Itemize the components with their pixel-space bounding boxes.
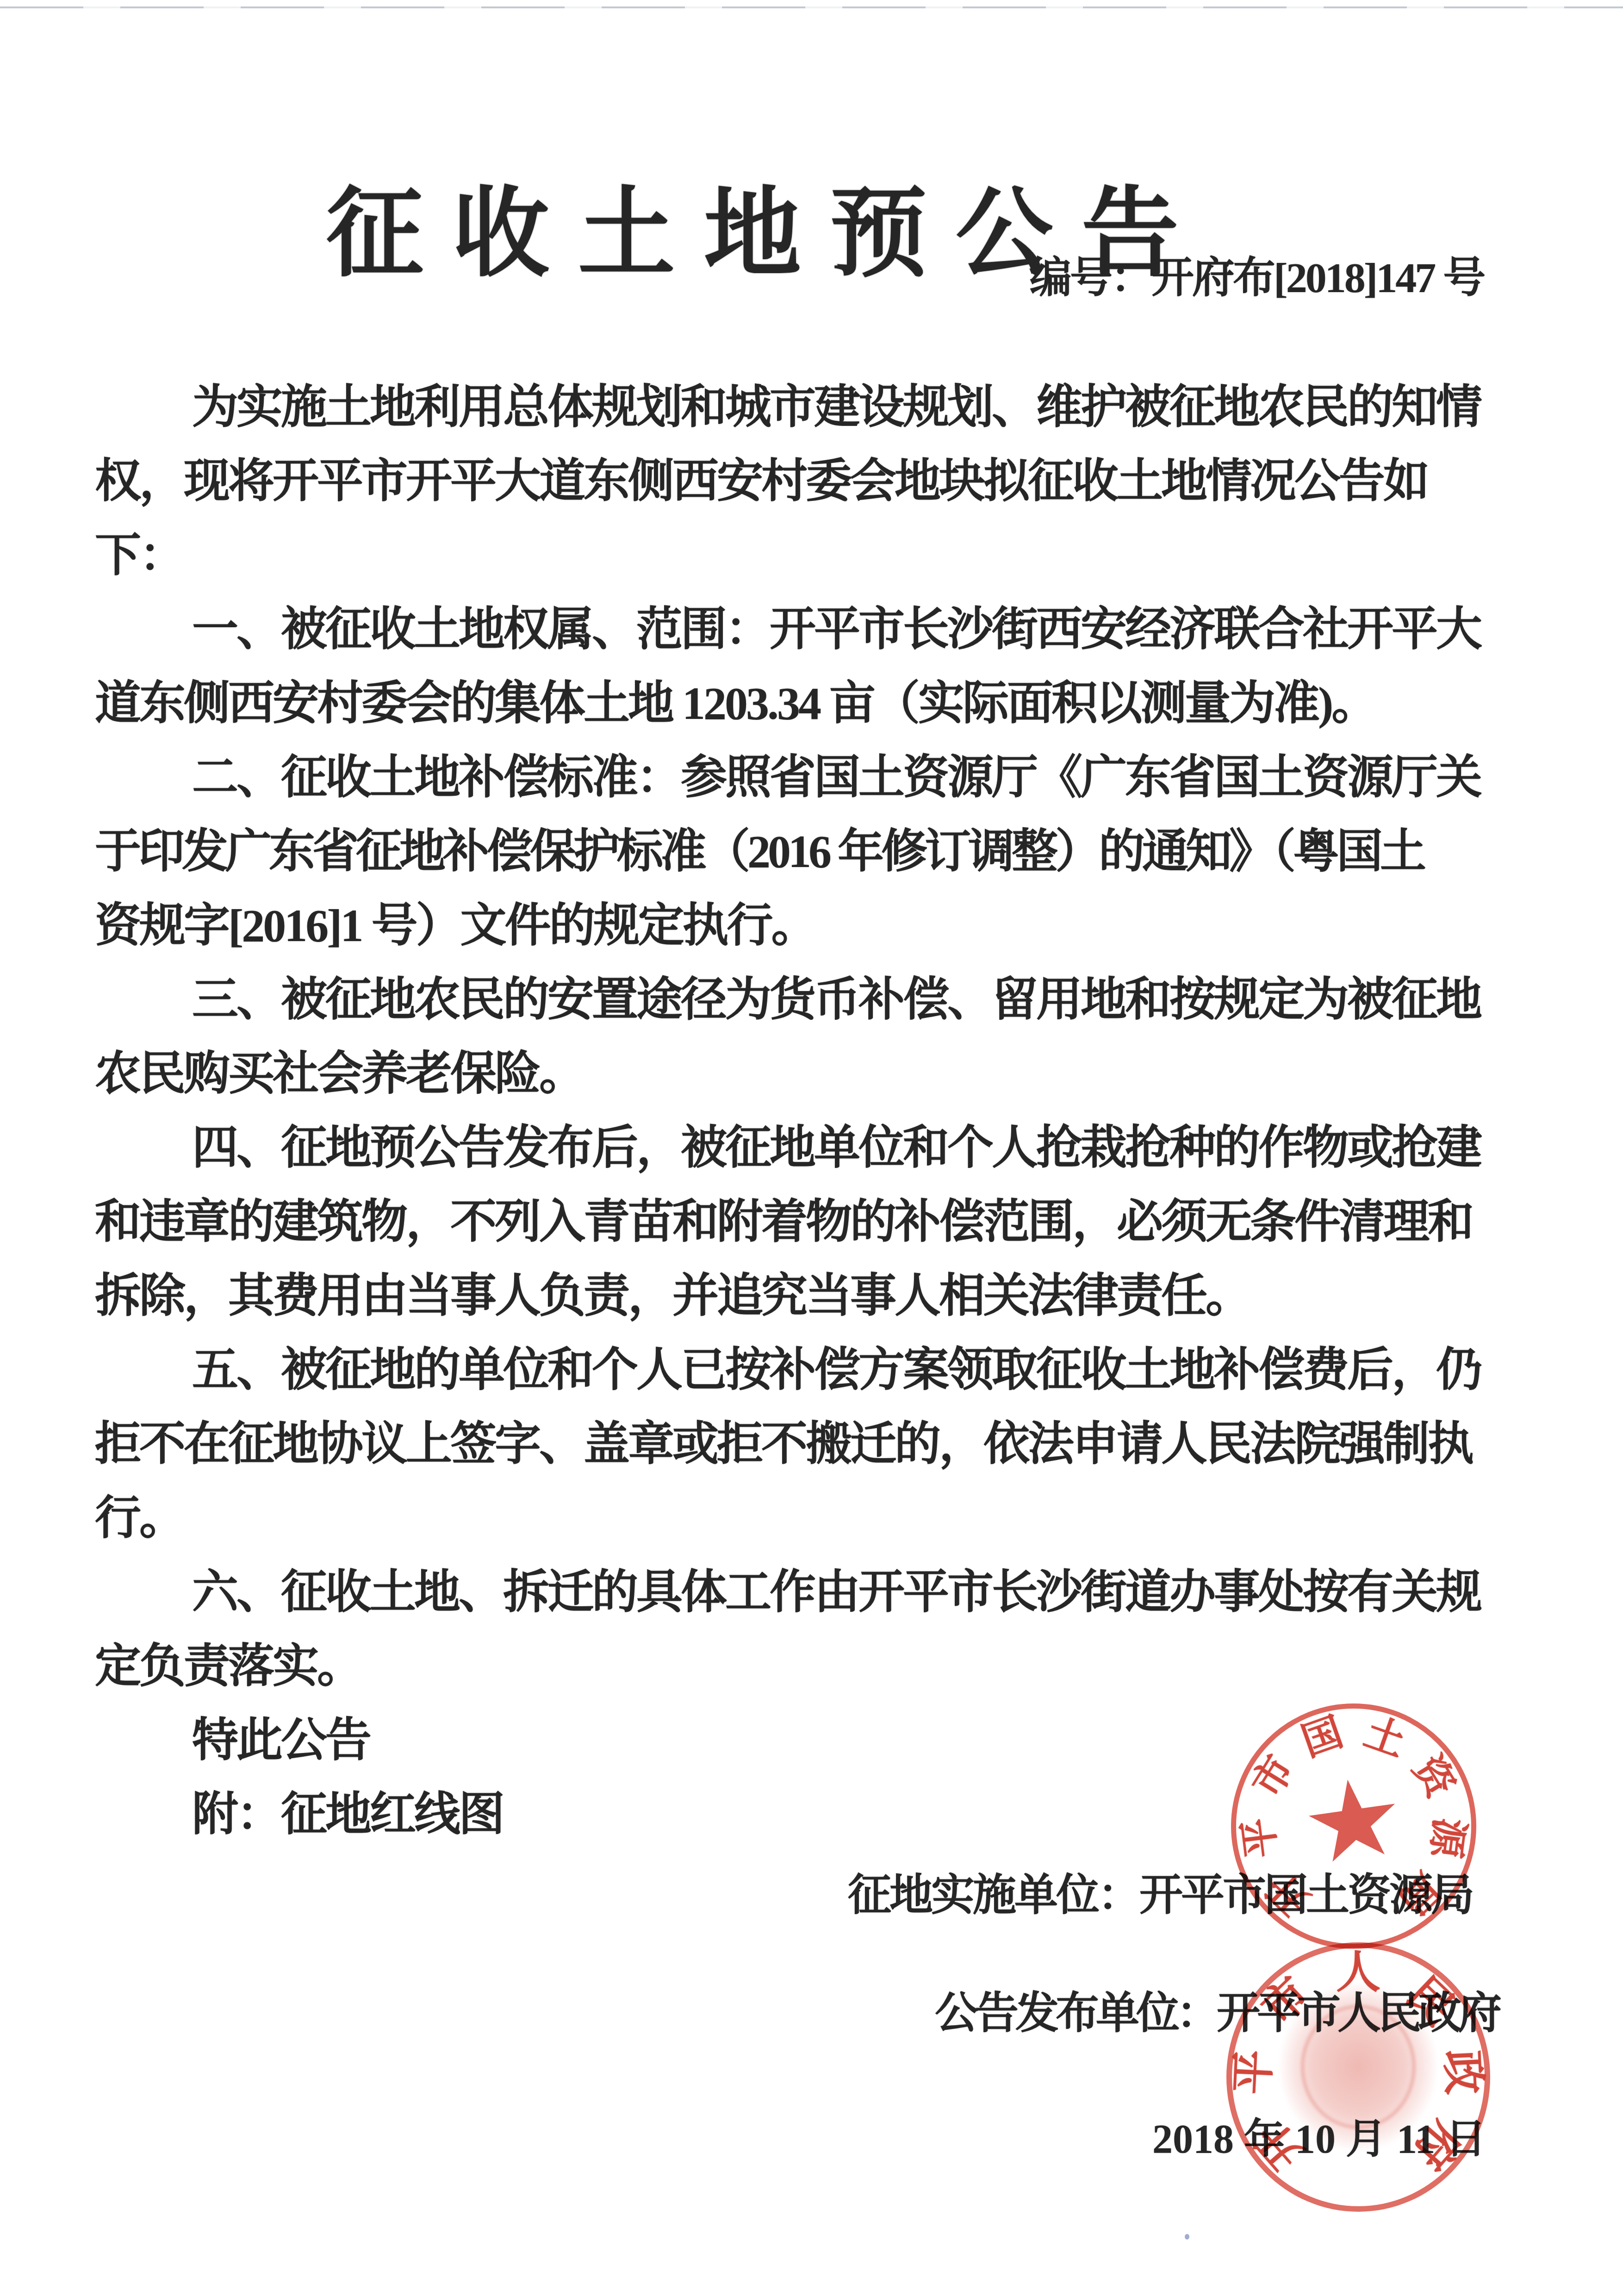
body-line: 行。 [95, 1484, 184, 1553]
body-line: 和违章的建筑物，不列入青苗和附着物的补偿范围，必须无条件清理和 [95, 1187, 1472, 1257]
body-line: 权，现将开平市开平大道东侧西安村委会地块拟征收土地情况公告如 [95, 447, 1428, 516]
seal-ring-char: 土 [1360, 1712, 1411, 1763]
body-line: 于印发广东省征地补偿保护标准（2016 年修订调整）的通知》（粤国土 [95, 817, 1424, 886]
seal-ring-char: 开 [1260, 1866, 1316, 1922]
seal-ring-char: 资 [1406, 1749, 1461, 1804]
seal-ring-char: 政 [1440, 2049, 1486, 2095]
seal-ring-char: 源 [1425, 1816, 1469, 1860]
body-line: 四、征地预公告发布后，被征地单位和个人抢栽抢种的作物或抢建 [192, 1113, 1480, 1183]
star-icon [1303, 1773, 1405, 1872]
body-line: 拒不在征地协议上签字、盖章或拒不搬迁的，依法申请人民法院强制执 [95, 1410, 1472, 1479]
seal-ring-char: 平 [1238, 1816, 1282, 1860]
seal-ring-char: 市 [1246, 1749, 1300, 1804]
seal-ring-char: 人 [1336, 1950, 1380, 1995]
body-line: 三、被征地农民的安置途径为货币补偿、留用地和按规定为被征地 [192, 965, 1480, 1035]
scan-edge-artifact [0, 6, 1623, 8]
government-seal: 开平市人民政府 [1226, 1942, 1490, 2212]
body-line: 农民购买社会养老保险。 [95, 1039, 584, 1109]
document-page: 征收土地预公告 编号：开府布[2018]147 号 为实施土地利用总体规划和城市… [0, 0, 1623, 2296]
seal-ring-char: 国 [1297, 1712, 1348, 1763]
body-line: 拆除，其费用由当事人负责，并追究当事人相关法律责任。 [95, 1261, 1250, 1331]
body-line: 道东侧西安村委会的集体土地 1203.34 亩（实际面积以测量为准)。 [95, 669, 1376, 738]
body-line: 五、被征地的单位和个人已按补偿方案领取征收土地补偿费后，仍 [192, 1335, 1480, 1405]
seal-ring-char: 平 [1231, 2049, 1277, 2095]
body-line: 为实施土地利用总体规划和城市建设规划、维护被征地农民的知情 [192, 373, 1480, 442]
body-line: 资规字[2016]1 号）文件的规定执行。 [95, 891, 816, 961]
land-bureau-seal: 开平市国土资源局 [1231, 1703, 1476, 1949]
doc-number: 编号：开府布[2018]147 号 [1029, 248, 1484, 308]
body-line: 一、被征收土地权属、范围：开平市长沙街西安经济联合社开平大 [192, 595, 1480, 664]
body-line: 二、征收土地补偿标准：参照省国土资源厅《广东省国土资源厅关 [192, 743, 1480, 812]
body-line: 下： [95, 521, 184, 590]
attachment-line: 附：征地红线图 [192, 1780, 503, 1849]
body-line: 六、征收土地、拆迁的具体工作由开平市长沙街道办事处按有关规 [192, 1558, 1480, 1627]
scan-speck [1185, 2234, 1189, 2240]
body-line: 定负责落实。 [95, 1632, 361, 1701]
closing-line: 特此公告 [192, 1706, 370, 1775]
seal-ring-char: 局 [1391, 1866, 1448, 1922]
